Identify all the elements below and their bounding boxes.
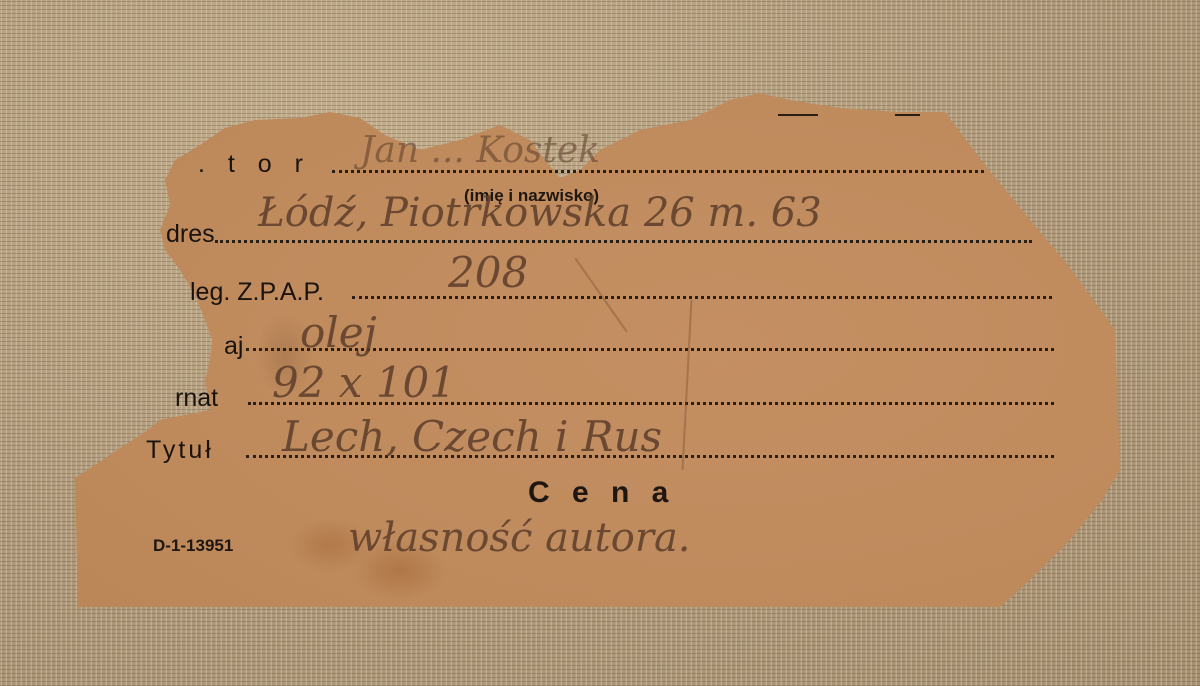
paper-label	[0, 0, 1200, 686]
address-label: dres	[166, 220, 215, 249]
medium-label: aj	[224, 332, 243, 361]
top-line-fragment	[778, 114, 818, 116]
price-label: C e n a	[528, 476, 675, 510]
address-handwriting: Łódź, Piotrkowska 26 m. 63	[258, 190, 822, 236]
format-handwriting: 92 x 101	[272, 358, 456, 407]
address-line	[215, 240, 1032, 243]
price-handwriting: własność autora.	[348, 515, 691, 561]
medium-handwriting: olej	[300, 308, 377, 357]
zpap-handwriting: 208	[448, 248, 528, 297]
top-line-fragment	[895, 114, 920, 116]
format-label: rnat	[175, 384, 218, 413]
print-code: D-1-13951	[153, 536, 233, 556]
zpap-label: leg. Z.P.A.P.	[190, 278, 324, 307]
author-handwriting: Jan ... Kostek	[360, 130, 600, 171]
author-label: . t o r	[198, 150, 311, 179]
title-label: Tytuł	[146, 436, 214, 465]
title-handwriting: Lech, Czech i Rus	[282, 412, 662, 461]
